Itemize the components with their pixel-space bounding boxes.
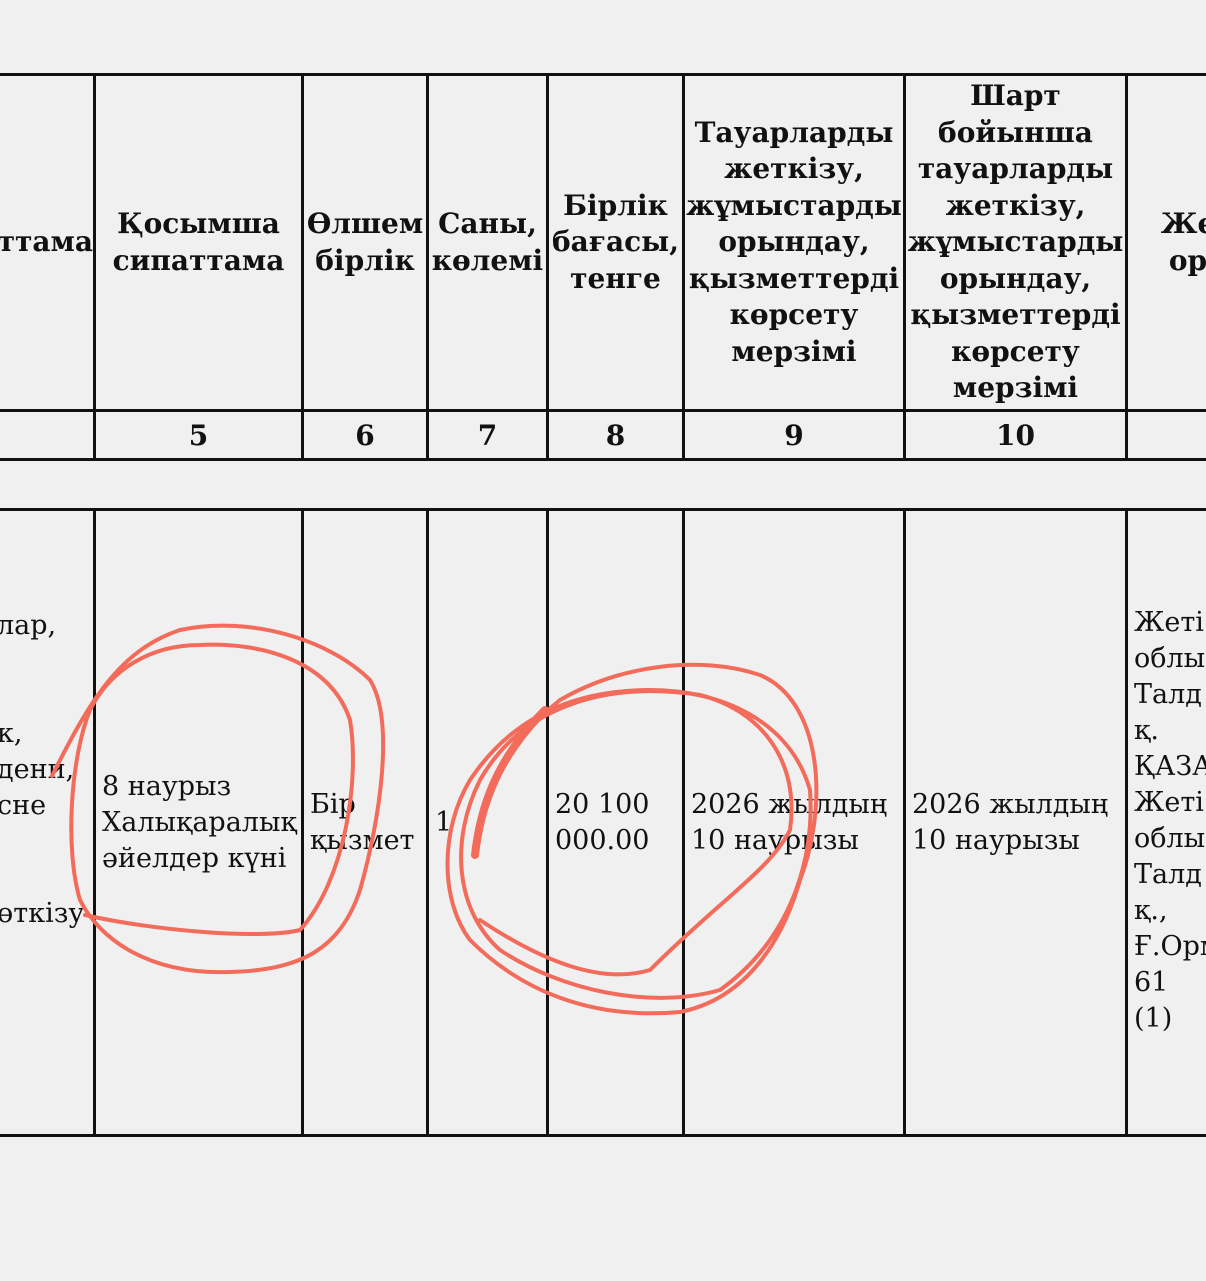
header-description: ттама (0, 76, 93, 409)
header-num-5: 5 (96, 412, 301, 458)
row-delivery-term: 2026 жылдың 10 наурызы (685, 511, 903, 1134)
body-bottom-border (0, 1134, 1206, 1137)
row-contract-delivery-term: 2026 жылдың 10 наурызы (906, 511, 1125, 1134)
header-num-9: 9 (685, 412, 903, 458)
row-unit: Бір қызмет (304, 511, 426, 1134)
header-contract-delivery-term: Шарт бойынша тауарларды жеткізу, жұмыста… (906, 76, 1125, 409)
row-additional-description: 8 наурыз Халықаралық әйелдер күні (96, 511, 301, 1134)
row-place: Жеті облы Талд қ. ҚАЗА Жеті облы Талд қ.… (1128, 605, 1206, 1045)
header-unit: Өлшем бірлік (304, 76, 426, 409)
header-place: Же ор (1128, 76, 1206, 409)
header-num-8: 8 (549, 412, 682, 458)
row-unit-price: 20 100 000.00 (549, 511, 682, 1134)
row-description: лар, к, дени, сне өткізу (0, 608, 93, 972)
header-delivery-term: Тауарларды жеткізу, жұмыстарды орындау, … (685, 76, 903, 409)
header-num-10: 10 (906, 412, 1125, 458)
header-additional-description: Қосымша сипаттама (96, 76, 301, 409)
row-quantity: 1 (429, 511, 546, 1134)
header-unit-price: Бірлік бағасы, тенге (549, 76, 682, 409)
header-num-7: 7 (429, 412, 546, 458)
header-num-6: 6 (304, 412, 426, 458)
header-bottom-border (0, 458, 1206, 461)
header-quantity: Саны, көлемі (429, 76, 546, 409)
